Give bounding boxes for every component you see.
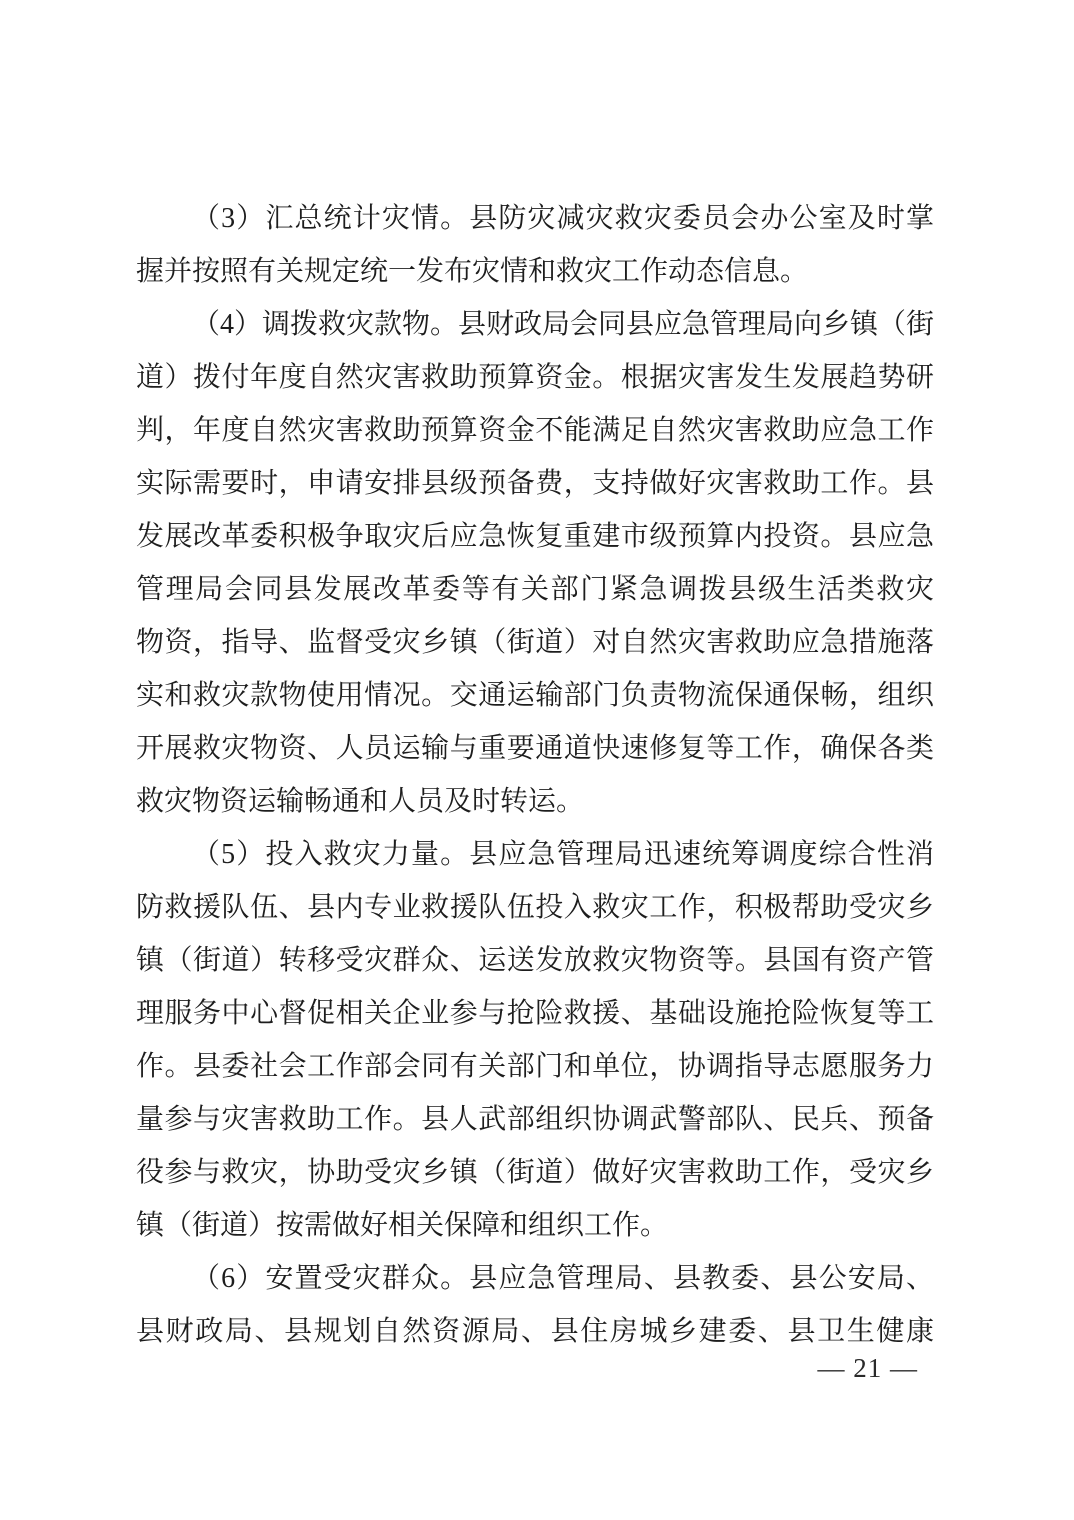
text-line: 役参与救灾，协助受灾乡镇（街道）做好灾害救助工作，受灾乡 [136,1146,934,1199]
text-line: 开展救灾物资、人员运输与重要通道快速修复等工作，确保各类 [136,722,934,775]
text-line: 握并按照有关规定统一发布灾情和救灾工作动态信息。 [136,245,934,298]
text-line: （3）汇总统计灾情。县防灾减灾救灾委员会办公室及时掌 [136,192,934,245]
text-line: 镇（街道）转移受灾群众、运送发放救灾物资等。县国有资产管 [136,934,934,987]
text-line: （5）投入救灾力量。县应急管理局迅速统筹调度综合性消 [136,828,934,881]
text-line: 防救援队伍、县内专业救援队伍投入救灾工作，积极帮助受灾乡 [136,881,934,934]
paragraph-item-4: （4）调拨救灾款物。县财政局会同县应急管理局向乡镇（街道）拨付年度自然灾害救助预… [136,298,934,828]
document-page: { "page": { "background_color": "#ffffff… [0,0,1074,1520]
text-line: （4）调拨救灾款物。县财政局会同县应急管理局向乡镇（街 [136,298,934,351]
text-line: 实和救灾款物使用情况。交通运输部门负责物流保通保畅，组织 [136,669,934,722]
text-line: 道）拨付年度自然灾害救助预算资金。根据灾害发生发展趋势研 [136,351,934,404]
text-line: 救灾物资运输畅通和人员及时转运。 [136,775,934,828]
text-line: 实际需要时，申请安排县级预备费，支持做好灾害救助工作。县 [136,457,934,510]
paragraph-item-3: （3）汇总统计灾情。县防灾减灾救灾委员会办公室及时掌握并按照有关规定统一发布灾情… [136,192,934,298]
text-line: 物资，指导、监督受灾乡镇（街道）对自然灾害救助应急措施落 [136,616,934,669]
text-line: 作。县委社会工作部会同有关部门和单位，协调指导志愿服务力 [136,1040,934,1093]
page-number: — 21 — [136,1348,934,1388]
text-line: 管理局会同县发展改革委等有关部门紧急调拨县级生活类救灾 [136,563,934,616]
text-line: 量参与灾害救助工作。县人武部组织协调武警部队、民兵、预备 [136,1093,934,1146]
paragraph-item-5: （5）投入救灾力量。县应急管理局迅速统筹调度综合性消防救援队伍、县内专业救援队伍… [136,828,934,1252]
text-line: 理服务中心督促相关企业参与抢险救援、基础设施抢险恢复等工 [136,987,934,1040]
text-line: （6）安置受灾群众。县应急管理局、县教委、县公安局、 [136,1252,934,1305]
document-body: （3）汇总统计灾情。县防灾减灾救灾委员会办公室及时掌握并按照有关规定统一发布灾情… [136,192,934,1358]
paragraph-item-6: （6）安置受灾群众。县应急管理局、县教委、县公安局、县财政局、县规划自然资源局、… [136,1252,934,1358]
text-line: 发展改革委积极争取灾后应急恢复重建市级预算内投资。县应急 [136,510,934,563]
text-line: 镇（街道）按需做好相关保障和组织工作。 [136,1199,934,1252]
text-line: 判，年度自然灾害救助预算资金不能满足自然灾害救助应急工作 [136,404,934,457]
